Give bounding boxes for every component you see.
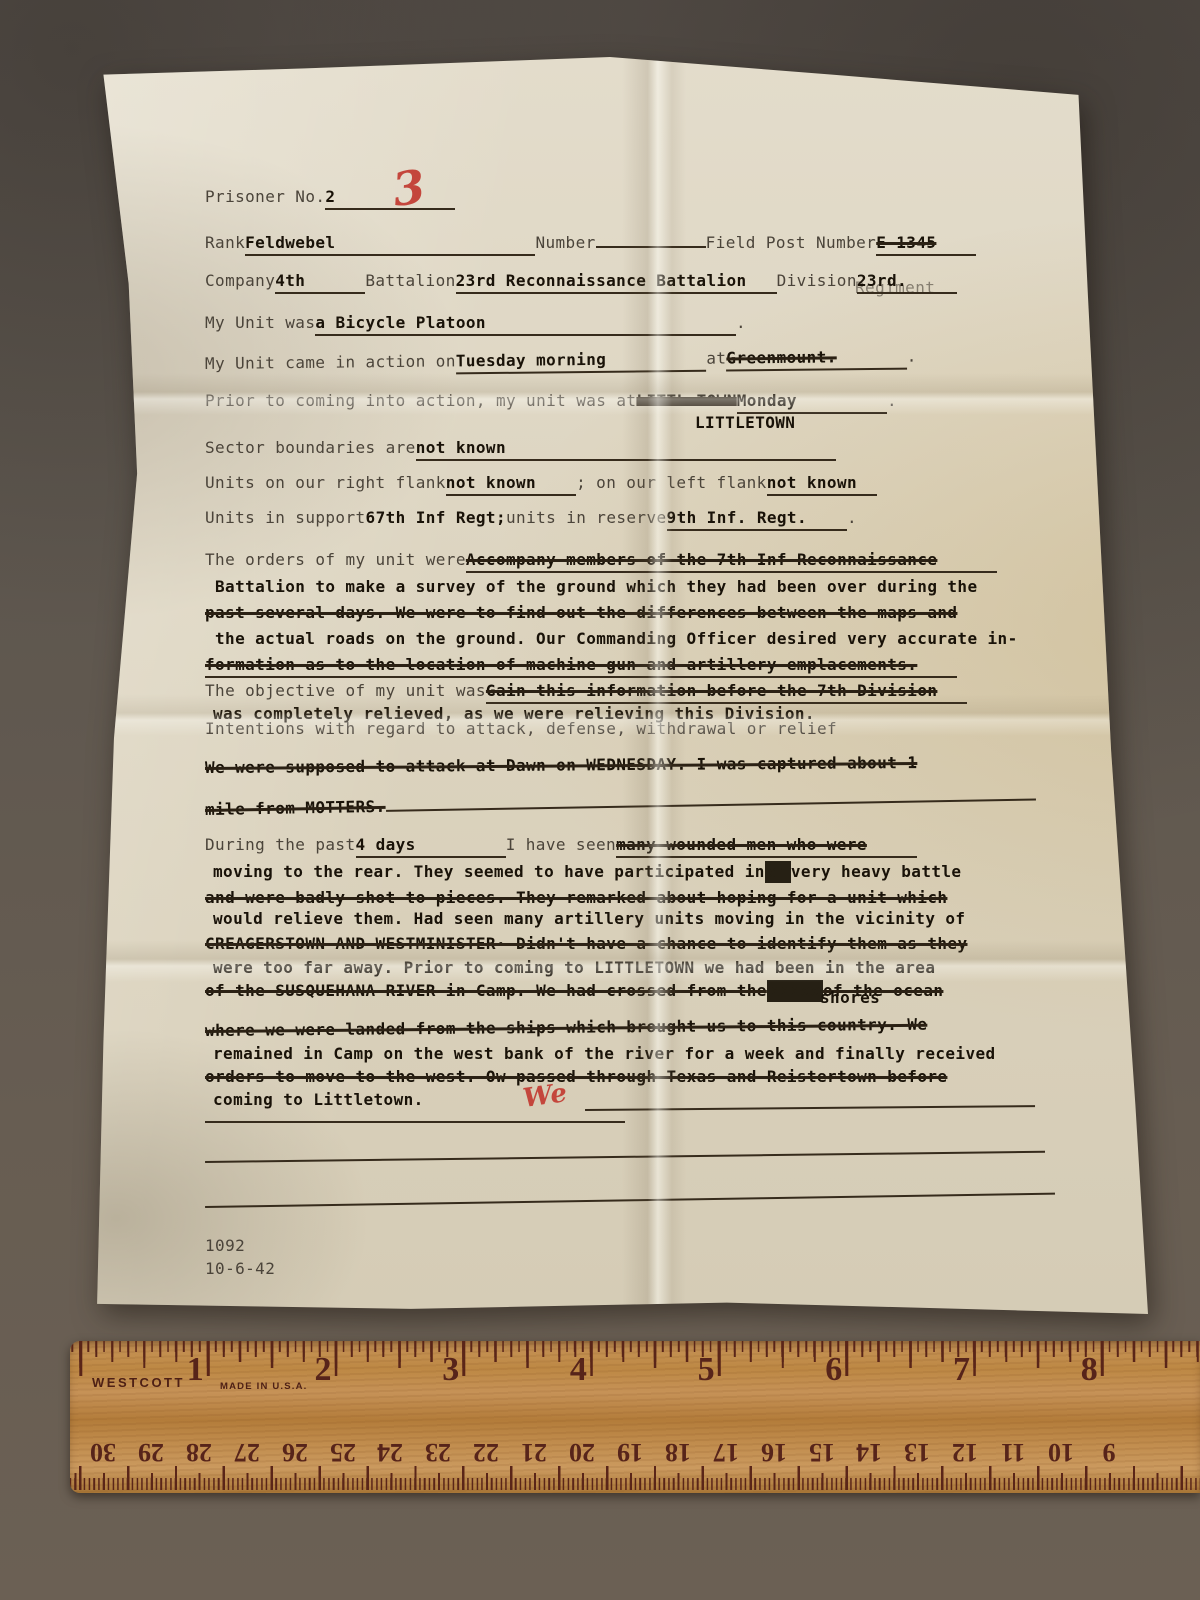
typed-line: mile from MOTTERS. xyxy=(205,783,1036,821)
typed-line: Battalion to make a survey of the ground… xyxy=(215,576,978,598)
typed-text: where we were landed from the ships whic… xyxy=(205,1014,928,1042)
blackout-redaction: an xyxy=(765,861,791,883)
photo-scene: 3Prisoner No. 2Rank Feldwebel Number Fie… xyxy=(0,0,1200,1600)
typed-line xyxy=(205,1105,625,1129)
ruler-cm-ticks-mm xyxy=(70,1478,1200,1490)
ruler-cm-number: 11 xyxy=(1001,1437,1026,1467)
typed-text: Prior to coming into action, my unit was… xyxy=(205,390,636,412)
typed-line: CREAGERSTOWN AND WESTMINISTER· Didn't ha… xyxy=(205,933,968,955)
ruler-inch-scale: 12345678 xyxy=(70,1341,1200,1401)
typed-text xyxy=(205,1105,625,1123)
typed-text: not known xyxy=(446,472,576,496)
typed-line: past several days. We were to find out t… xyxy=(205,602,957,624)
typed-line: We were supposed to attack at Dawn on WE… xyxy=(205,752,917,779)
typed-line: My Unit came in action on Tuesday mornin… xyxy=(205,346,917,377)
ruler-inch-number: 6 xyxy=(825,1351,842,1389)
form-date: 10-6-42 xyxy=(205,1258,275,1280)
ruler-cm-number: 25 xyxy=(330,1437,356,1467)
typed-text: Battalion to make a survey of the ground… xyxy=(215,576,978,598)
typed-line: 1092 xyxy=(205,1235,245,1257)
typed-line: would relieve them. Had seen many artill… xyxy=(213,908,965,930)
typed-line: During the past 4 days I have seen many … xyxy=(205,834,917,858)
ruler-cm-number: 16 xyxy=(761,1437,787,1467)
ruler-cm-number: 12 xyxy=(952,1437,978,1467)
typed-line: Prior to coming into action, my unit was… xyxy=(205,390,897,414)
ruler-inch-number: 5 xyxy=(698,1351,715,1389)
typed-line: were too far away. Prior to coming to LI… xyxy=(213,957,935,979)
ruler-cm-number: 18 xyxy=(665,1437,691,1467)
typed-line: 10-6-42 xyxy=(205,1258,275,1280)
typed-line: The orders of my unit were Accompany mem… xyxy=(205,549,997,573)
typed-text: Greenmount. xyxy=(726,346,907,372)
ruler-cm-ticks-half xyxy=(70,1473,1200,1490)
typed-text: Battalion xyxy=(365,270,455,292)
typed-text: 2 xyxy=(325,186,455,210)
ruler-cm-number: 19 xyxy=(617,1437,643,1467)
typed-text: very heavy battle xyxy=(791,861,962,883)
typed-text: past several days. We were to find out t… xyxy=(205,602,957,624)
ruler-cm-number: 14 xyxy=(856,1437,882,1467)
typed-line: LITTLETOWN xyxy=(695,412,795,434)
typed-text xyxy=(585,1089,1035,1111)
typed-text: 23rd. xyxy=(857,270,957,294)
paper-document: 3Prisoner No. 2Rank Feldwebel Number Fie… xyxy=(95,57,1148,1319)
typed-line: Units in support 67th Inf Regt; units in… xyxy=(205,507,857,531)
typed-text: and were badly shot to pieces. They rema… xyxy=(205,887,947,909)
typed-text: . xyxy=(847,507,857,529)
typed-text: . xyxy=(907,346,917,368)
typed-text: Company xyxy=(205,270,275,292)
typed-text: were too far away. Prior to coming to LI… xyxy=(213,957,935,979)
typed-text: Division xyxy=(777,270,857,292)
typed-line: orders to move to the west. Ow passed th… xyxy=(205,1066,947,1088)
ruler-inch-number: 8 xyxy=(1081,1351,1098,1389)
typed-line: and were badly shot to pieces. They rema… xyxy=(205,887,947,909)
typed-text: Gain this information before the 7th Div… xyxy=(486,680,967,704)
typed-line: Rank Feldwebel Number Field Post NumberE… xyxy=(205,230,976,256)
typed-text: The objective of my unit was xyxy=(205,680,486,702)
typed-text: Field Post Number xyxy=(706,232,877,254)
ruler-cm-number: 26 xyxy=(282,1437,308,1467)
typed-text: Rank xyxy=(205,232,245,254)
ruler-cm-number: 21 xyxy=(521,1437,547,1467)
typed-text xyxy=(596,230,706,248)
typed-text: Intentions with regard to attack, defens… xyxy=(205,718,837,740)
typed-text: Units in support xyxy=(205,507,366,529)
typed-line xyxy=(585,1089,1035,1117)
ruler-cm-number: 9 xyxy=(1102,1437,1115,1467)
ruler-cm-number: 30 xyxy=(90,1437,116,1467)
typed-text: 23rd Reconnaissance Battalion xyxy=(456,270,777,294)
ruler-cm-number: 15 xyxy=(809,1437,835,1467)
ruler-inch-ticks-sixteenth xyxy=(70,1341,1200,1352)
typed-text: LITTLETOWN xyxy=(695,412,795,434)
typed-text xyxy=(385,783,1035,812)
typed-text: Accompany members of the 7th Inf Reconna… xyxy=(466,549,998,573)
typed-text: the actual roads on the ground. Our Comm… xyxy=(215,628,1018,650)
typed-text: Monday xyxy=(737,390,887,414)
typed-text xyxy=(205,1135,1045,1163)
typed-text: Number xyxy=(535,232,595,254)
typed-line: moving to the rear. They seemed to have … xyxy=(213,861,961,883)
typed-text: 4 days xyxy=(356,834,506,858)
ruler-cm-number: 20 xyxy=(569,1437,595,1467)
typed-line: Prisoner No. 2 xyxy=(205,186,455,210)
typed-text: ; on our left flank xyxy=(576,472,767,494)
typed-text: moving to the rear. They seemed to have … xyxy=(213,861,765,883)
typed-line: shores xyxy=(820,987,880,1009)
typed-text: . xyxy=(887,390,897,412)
typed-text: We were supposed to attack at Dawn on WE… xyxy=(205,752,917,779)
typed-text: My Unit came in action on xyxy=(205,350,456,375)
ruler-inch-number: 7 xyxy=(953,1351,970,1389)
typed-line xyxy=(205,1135,1045,1169)
typed-line: formation as to the location of machine … xyxy=(205,654,957,678)
blackout-redaction: xxxxx xyxy=(767,980,823,1002)
typed-text: not known xyxy=(767,472,877,496)
typed-text: Feldwebel xyxy=(245,232,535,256)
ruler-made-in: MADE IN U.S.A. xyxy=(220,1381,308,1392)
typed-text: formation as to the location of machine … xyxy=(205,654,957,678)
typed-line: The objective of my unit was Gain this i… xyxy=(205,680,967,704)
typed-text: The orders of my unit were xyxy=(205,549,466,571)
ruler-brand: WESTCOTT xyxy=(92,1375,185,1390)
typed-text: units in reserve xyxy=(506,507,667,529)
typed-line xyxy=(205,1177,1055,1214)
ruler-cm-number: 10 xyxy=(1048,1437,1074,1467)
typed-text: 67th Inf Regt; xyxy=(366,507,506,529)
typed-text: remained in Camp on the west bank of the… xyxy=(213,1043,996,1065)
typed-text: at xyxy=(706,348,726,370)
typed-text: a Bicycle Platoon xyxy=(315,312,736,336)
ruler-cm-scale: 3029282726252423222120191817161514131211… xyxy=(70,1437,1200,1469)
ruler-cm-number: 29 xyxy=(138,1437,164,1467)
paper-wrapper: 3Prisoner No. 2Rank Feldwebel Number Fie… xyxy=(95,57,1148,1319)
typed-text: Units on our right flank xyxy=(205,472,446,494)
ruler-cm-number: 27 xyxy=(234,1437,260,1467)
ruler-cm-ticks-cm xyxy=(70,1466,1200,1490)
ruler-cm-number: 23 xyxy=(425,1437,451,1467)
ruler-inch-ticks-inch xyxy=(70,1341,1200,1376)
typed-text: I have seen xyxy=(506,834,616,856)
ruler-inch-number: 4 xyxy=(570,1351,587,1389)
ruler-cm-number: 17 xyxy=(713,1437,739,1467)
typed-text: CREAGERSTOWN AND WESTMINISTER· Didn't ha… xyxy=(205,933,968,955)
typed-text: of the SUSQUEHANA RIVER in Camp. We had … xyxy=(205,980,767,1002)
ruler-inch-ticks-half xyxy=(70,1341,1200,1368)
typed-line: Sector boundaries are not known xyxy=(205,437,836,461)
typed-text: E-1345 xyxy=(876,232,976,256)
ruler-inch-number: 1 xyxy=(187,1351,204,1389)
ruler-cm-number: 22 xyxy=(473,1437,499,1467)
typed-text: Tuesday morning xyxy=(456,348,707,375)
ruler-cm-number: 13 xyxy=(904,1437,930,1467)
typed-text: not known xyxy=(416,437,836,461)
typed-text: During the past xyxy=(205,834,356,856)
typed-line: the actual roads on the ground. Our Comm… xyxy=(215,628,1018,650)
typed-text: orders to move to the west. Ow passed th… xyxy=(205,1066,947,1088)
typed-text: Sector boundaries are xyxy=(205,437,416,459)
wooden-ruler: WESTCOTT MADE IN U.S.A. 12345678 3029282… xyxy=(70,1341,1200,1493)
typed-line: where we were landed from the ships whic… xyxy=(205,1014,928,1042)
ruler-inch-number: 2 xyxy=(314,1351,331,1389)
ruler-inch-ticks-quarter xyxy=(70,1341,1200,1362)
typed-text: many wounded men who were xyxy=(616,834,917,858)
typed-line: Units on our right flank not known ; on … xyxy=(205,472,877,496)
ruler-cm-number: 24 xyxy=(377,1437,403,1467)
ruler-cm-number: 28 xyxy=(186,1437,212,1467)
typed-text: LITTL-TOWN xyxy=(636,390,736,412)
typed-text: would relieve them. Had seen many artill… xyxy=(213,908,965,930)
typed-line: remained in Camp on the west bank of the… xyxy=(213,1043,996,1065)
typed-text: My Unit was xyxy=(205,312,315,334)
ruler-inch-ticks-eighth xyxy=(70,1341,1200,1357)
typed-text: shores xyxy=(820,987,880,1009)
typed-text: 4th xyxy=(275,270,365,294)
typed-line: My Unit was a Bicycle Platoon . xyxy=(205,312,746,336)
typed-text: . xyxy=(736,312,746,334)
form-number: 1092 xyxy=(205,1235,245,1257)
typed-text xyxy=(205,1177,1055,1208)
typed-text: mile from MOTTERS. xyxy=(205,796,386,821)
typed-line: Company 4th Battalion23rd Reconnaissance… xyxy=(205,270,957,294)
typed-text: 9th Inf. Regt. xyxy=(667,507,847,531)
ruler-inch-number: 3 xyxy=(442,1351,459,1389)
typed-line: Intentions with regard to attack, defens… xyxy=(205,718,837,740)
typed-text: Prisoner No. xyxy=(205,186,325,208)
